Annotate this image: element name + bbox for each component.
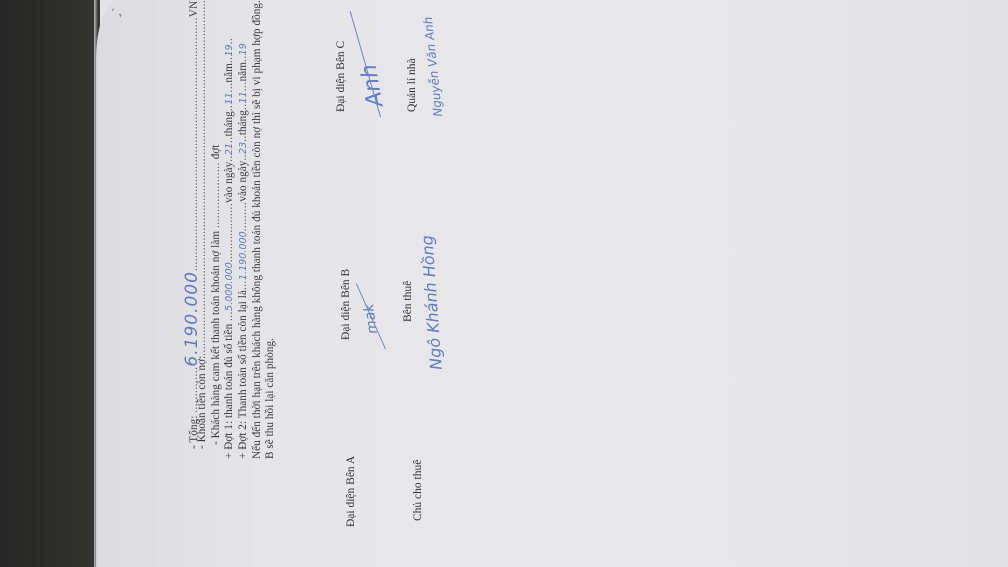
penalty-line-2: B sẽ thu hồi lại căn phòng. [264,338,276,459]
rotated-document-page: - Tổng: ..............6.190.000.........… [180,0,500,567]
installment-1-prefix: + Đợt 1: thanh toán đủ số tiền [223,324,235,459]
party-c-handwritten-name: Nguyễn Văn Anh [421,16,445,117]
installment-2-year: 19 [238,43,249,55]
installment-2-month-label: tháng [237,110,249,135]
installment-2-date-prefix: vào ngày [237,161,249,202]
installment-1-day: 21 [224,143,235,155]
installment-2-amount: 1.190.000 [238,231,249,280]
installment-1-month: 11 [224,92,235,104]
installment-2-year-label: năm [237,62,249,81]
penalty-line-1: Nếu đến thời hạn trên khách hàng không t… [251,0,263,459]
debt-label: - Khoản tiền còn nợ: [196,356,208,449]
party-b-role: Bên thuê [402,281,414,322]
party-a-role: Chủ cho thuê [412,460,424,521]
dark-background [0,0,100,567]
party-b-title: Đại diện Bên B [340,269,352,340]
party-b-handwritten-name: Ngô Khánh Hồng [417,235,445,371]
installment-2-line: + Đợt 2: Thanh toán số tiền còn lại là..… [237,43,249,459]
installment-2-prefix: + Đợt 2: Thanh toán số tiền còn lại là [237,290,249,459]
installment-2-month: 11 [238,91,249,103]
installment-1-amount: 5.000.000 [224,262,235,311]
debt-line: - Khoản tiền còn nợ:....................… [196,0,208,449]
party-b-signature-stroke [356,283,387,349]
installment-2-day: 23 [238,142,249,154]
dot-leader: ... [223,311,235,321]
commitment-line: - Khách hàng cam kết thanh toán khoản nợ… [210,144,222,445]
dot-leader: ........................................… [196,0,208,356]
commitment-suffix: đợt [210,144,222,159]
party-c-role: Quản lí nhà [406,58,418,112]
party-c-title: Đại diện Bên C [335,41,347,112]
installment-1-year-label: năm [223,63,235,82]
installment-1-month-label: tháng [223,111,235,136]
commitment-prefix: - Khách hàng cam kết thanh toán khoản nợ… [210,231,222,445]
party-a-title: Đại diện Bên A [345,456,357,527]
dot-leader: .................... [210,162,222,228]
installment-1-year: 19 [224,44,235,56]
installment-1-date-prefix: vào ngày [223,162,235,203]
dot-leader: ......... [237,202,249,232]
dot-leader: .................. [223,203,235,262]
installment-1-line: + Đợt 1: thanh toán đủ số tiền ...5.000.… [223,38,235,459]
